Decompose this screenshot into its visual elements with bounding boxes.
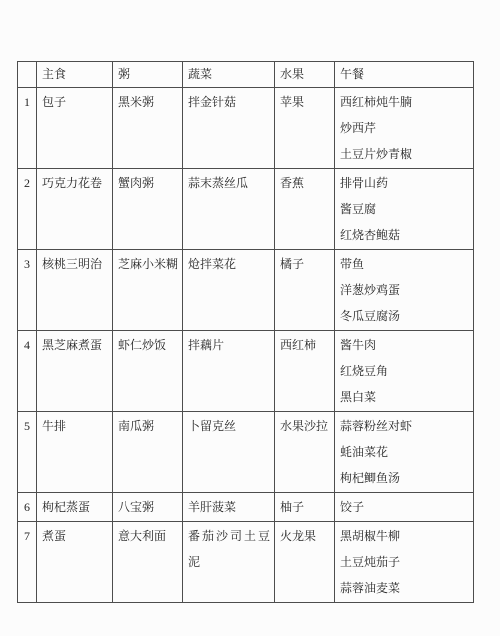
vegetable-cell: 炝拌菜花 bbox=[183, 250, 275, 331]
header-vegetable: 蔬菜 bbox=[183, 62, 275, 88]
document-page: 主食 粥 蔬菜 水果 午餐 1包子黑米粥拌金针菇苹果西红柿炖牛腩炒西芹土豆片炒青… bbox=[0, 0, 500, 636]
lunch-item: 黑胡椒牛柳 bbox=[340, 523, 469, 549]
table-row: 1包子黑米粥拌金针菇苹果西红柿炖牛腩炒西芹土豆片炒青椒 bbox=[18, 88, 474, 169]
row-number-cell: 3 bbox=[18, 250, 37, 331]
row-number-cell: 1 bbox=[18, 88, 37, 169]
lunch-cell: 饺子 bbox=[335, 493, 474, 522]
porridge-cell: 虾仁炒饭 bbox=[113, 331, 183, 412]
lunch-cell: 带鱼洋葱炒鸡蛋冬瓜豆腐汤 bbox=[335, 250, 474, 331]
row-number-cell: 4 bbox=[18, 331, 37, 412]
header-staple: 主食 bbox=[37, 62, 113, 88]
lunch-cell: 酱牛肉红烧豆角黑白菜 bbox=[335, 331, 474, 412]
lunch-item: 酱牛肉 bbox=[340, 332, 469, 358]
lunch-item: 酱豆腐 bbox=[340, 196, 469, 222]
lunch-cell: 蒜蓉粉丝对虾蚝油菜花枸杞鲫鱼汤 bbox=[335, 412, 474, 493]
fruit-cell: 香蕉 bbox=[275, 169, 335, 250]
lunch-item: 红烧豆角 bbox=[340, 358, 469, 384]
vegetable-cell: 番茄沙司土豆泥 bbox=[183, 522, 275, 603]
lunch-item: 黑白菜 bbox=[340, 384, 469, 410]
lunch-item: 枸杞鲫鱼汤 bbox=[340, 465, 469, 491]
porridge-cell: 意大利面 bbox=[113, 522, 183, 603]
fruit-cell: 柚子 bbox=[275, 493, 335, 522]
lunch-item: 洋葱炒鸡蛋 bbox=[340, 277, 469, 303]
porridge-cell: 南瓜粥 bbox=[113, 412, 183, 493]
porridge-cell: 芝麻小米糊 bbox=[113, 250, 183, 331]
lunch-item: 土豆炖茄子 bbox=[340, 549, 469, 575]
fruit-cell: 火龙果 bbox=[275, 522, 335, 603]
vegetable-cell: 卜留克丝 bbox=[183, 412, 275, 493]
table-row: 3核桃三明治芝麻小米糊炝拌菜花橘子带鱼洋葱炒鸡蛋冬瓜豆腐汤 bbox=[18, 250, 474, 331]
row-number-cell: 2 bbox=[18, 169, 37, 250]
lunch-item: 土豆片炒青椒 bbox=[340, 141, 469, 167]
table-row: 5牛排南瓜粥卜留克丝水果沙拉蒜蓉粉丝对虾蚝油菜花枸杞鲫鱼汤 bbox=[18, 412, 474, 493]
porridge-cell: 黑米粥 bbox=[113, 88, 183, 169]
header-porridge: 粥 bbox=[113, 62, 183, 88]
meal-plan-table: 主食 粥 蔬菜 水果 午餐 1包子黑米粥拌金针菇苹果西红柿炖牛腩炒西芹土豆片炒青… bbox=[17, 61, 474, 603]
staple-cell: 黑芝麻煮蛋 bbox=[37, 331, 113, 412]
lunch-item: 蚝油菜花 bbox=[340, 439, 469, 465]
row-number-cell: 6 bbox=[18, 493, 37, 522]
lunch-item: 饺子 bbox=[340, 494, 469, 520]
lunch-cell: 西红柿炖牛腩炒西芹土豆片炒青椒 bbox=[335, 88, 474, 169]
header-fruit: 水果 bbox=[275, 62, 335, 88]
staple-cell: 牛排 bbox=[37, 412, 113, 493]
lunch-item: 蒜蓉油麦菜 bbox=[340, 575, 469, 601]
header-number bbox=[18, 62, 37, 88]
row-number-cell: 7 bbox=[18, 522, 37, 603]
vegetable-cell: 蒜末蒸丝瓜 bbox=[183, 169, 275, 250]
vegetable-cell: 拌金针菇 bbox=[183, 88, 275, 169]
lunch-item: 冬瓜豆腐汤 bbox=[340, 303, 469, 329]
porridge-cell: 八宝粥 bbox=[113, 493, 183, 522]
lunch-cell: 黑胡椒牛柳土豆炖茄子蒜蓉油麦菜 bbox=[335, 522, 474, 603]
table-row: 4黑芝麻煮蛋虾仁炒饭拌藕片西红柿酱牛肉红烧豆角黑白菜 bbox=[18, 331, 474, 412]
staple-cell: 巧克力花卷 bbox=[37, 169, 113, 250]
fruit-cell: 苹果 bbox=[275, 88, 335, 169]
vegetable-cell: 羊肝菠菜 bbox=[183, 493, 275, 522]
table-row: 6枸杞蒸蛋八宝粥羊肝菠菜柚子饺子 bbox=[18, 493, 474, 522]
fruit-cell: 水果沙拉 bbox=[275, 412, 335, 493]
vegetable-cell: 拌藕片 bbox=[183, 331, 275, 412]
table-body: 1包子黑米粥拌金针菇苹果西红柿炖牛腩炒西芹土豆片炒青椒2巧克力花卷蟹肉粥蒜末蒸丝… bbox=[18, 88, 474, 603]
lunch-item: 红烧杏鲍菇 bbox=[340, 222, 469, 248]
staple-cell: 包子 bbox=[37, 88, 113, 169]
lunch-item: 排骨山药 bbox=[340, 170, 469, 196]
staple-cell: 核桃三明治 bbox=[37, 250, 113, 331]
lunch-item: 带鱼 bbox=[340, 251, 469, 277]
staple-cell: 煮蛋 bbox=[37, 522, 113, 603]
fruit-cell: 西红柿 bbox=[275, 331, 335, 412]
row-number-cell: 5 bbox=[18, 412, 37, 493]
table-row: 2巧克力花卷蟹肉粥蒜末蒸丝瓜香蕉排骨山药酱豆腐红烧杏鲍菇 bbox=[18, 169, 474, 250]
header-row: 主食 粥 蔬菜 水果 午餐 bbox=[18, 62, 474, 88]
lunch-item: 炒西芹 bbox=[340, 115, 469, 141]
fruit-cell: 橘子 bbox=[275, 250, 335, 331]
staple-cell: 枸杞蒸蛋 bbox=[37, 493, 113, 522]
header-lunch: 午餐 bbox=[335, 62, 474, 88]
lunch-cell: 排骨山药酱豆腐红烧杏鲍菇 bbox=[335, 169, 474, 250]
table-row: 7煮蛋意大利面番茄沙司土豆泥火龙果黑胡椒牛柳土豆炖茄子蒜蓉油麦菜 bbox=[18, 522, 474, 603]
lunch-item: 蒜蓉粉丝对虾 bbox=[340, 413, 469, 439]
lunch-item: 西红柿炖牛腩 bbox=[340, 89, 469, 115]
porridge-cell: 蟹肉粥 bbox=[113, 169, 183, 250]
